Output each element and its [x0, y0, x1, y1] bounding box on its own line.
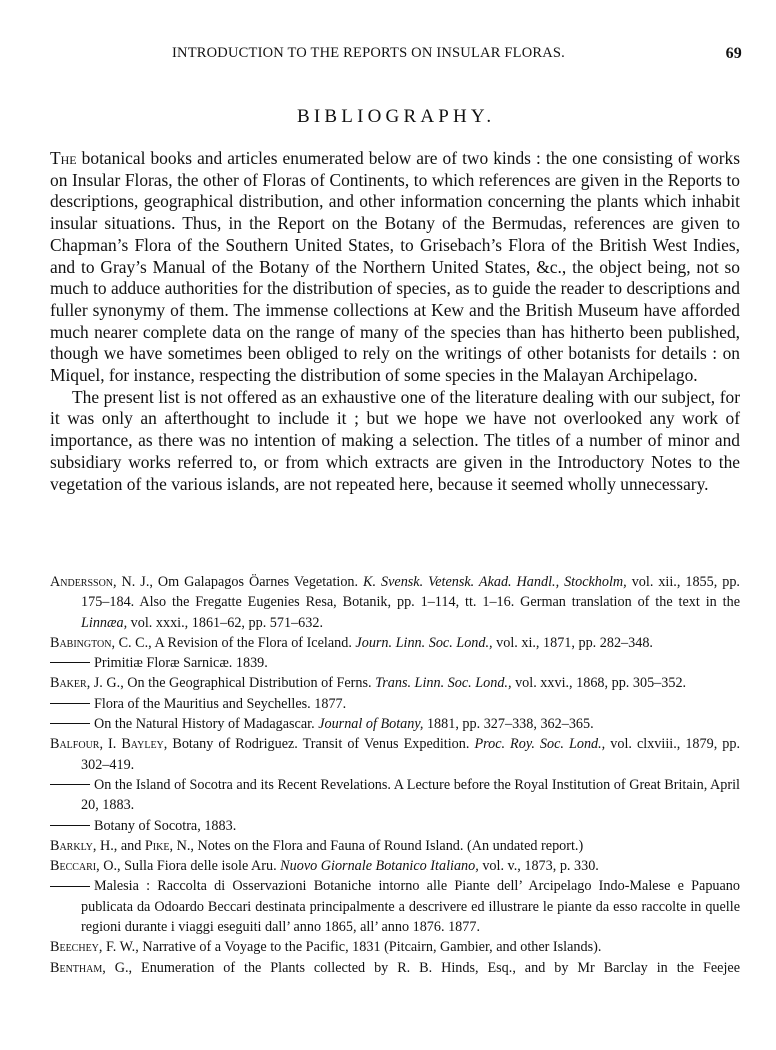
- entry-author: Babington: [50, 635, 112, 651]
- running-head: INTRODUCTION TO THE REPORTS ON INSULAR F…: [172, 45, 742, 67]
- entry-author: Pike: [145, 838, 170, 854]
- running-head-title: INTRODUCTION TO THE REPORTS ON INSULAR F…: [172, 45, 565, 62]
- entry-author: Beechey: [50, 939, 99, 955]
- bibliography-entry: Barkly, H., and Pike, N., Notes on the F…: [50, 836, 740, 856]
- entry-text: Botany of Socotra, 1883.: [94, 818, 236, 834]
- entry-author: Baker: [50, 675, 87, 691]
- ditto-dash: [50, 723, 90, 724]
- entry-text: On the Natural History of Madagascar.: [94, 716, 318, 732]
- entry-journal: Journ. Linn. Soc. Lond.,: [355, 635, 492, 651]
- entry-text: , N. J., Om Galapagos Öarnes Vegetation.: [113, 574, 363, 590]
- ditto-dash: [50, 703, 90, 704]
- bibliography-entry: Malesia : Raccolta di Osservazioni Botan…: [50, 876, 740, 937]
- entry-journal: Linnæa,: [81, 615, 127, 631]
- bibliography-entry: Andersson, N. J., Om Galapagos Öarnes Ve…: [50, 572, 740, 633]
- entry-text: , O., Sulla Fiora delle isole Aru.: [96, 858, 280, 874]
- entry-author: Beccari: [50, 858, 96, 874]
- entry-text: , Botany of Rodriguez. Transit of Venus …: [164, 736, 475, 752]
- entry-journal: Nuovo Giornale Botanico Italiano,: [280, 858, 479, 874]
- bibliography-list: Andersson, N. J., Om Galapagos Öarnes Ve…: [50, 572, 740, 978]
- ditto-dash: [50, 784, 90, 785]
- paragraph-1: The botanical books and articles enumera…: [50, 148, 740, 387]
- paragraph-lead: The: [50, 148, 77, 168]
- entry-text: vol. xxvi., 1868, pp. 305–352.: [512, 675, 687, 691]
- bibliography-entry: Babington, C. C., A Revision of the Flor…: [50, 633, 740, 653]
- section-title: BIBLIOGRAPHY.: [297, 106, 495, 128]
- ditto-dash: [50, 662, 90, 663]
- entry-text: vol. xxxi., 1861–62, pp. 571–632.: [127, 615, 323, 631]
- bibliography-entry: Primitiæ Floræ Sarnicæ. 1839.: [50, 653, 740, 673]
- entry-text: Primitiæ Floræ Sarnicæ. 1839.: [94, 655, 268, 671]
- entry-text: Flora of the Mauritius and Seychelles. 1…: [94, 696, 346, 712]
- bibliography-entry: Bentham, G., Enumeration of the Plants c…: [50, 958, 740, 978]
- entry-text: , J. G., On the Geographical Distributio…: [87, 675, 375, 691]
- entry-text: , C. C., A Revision of the Flora of Icel…: [112, 635, 356, 651]
- introduction-text: The botanical books and articles enumera…: [50, 148, 740, 495]
- entry-author: Bayley: [121, 736, 163, 752]
- entry-text: , N., Notes on the Flora and Fauna of Ro…: [169, 838, 583, 854]
- bibliography-entry: Beccari, O., Sulla Fiora delle isole Aru…: [50, 856, 740, 876]
- entry-author: Balfour: [50, 736, 99, 752]
- entry-journal: K. Svensk. Vetensk. Akad. Handl., Stockh…: [363, 574, 627, 590]
- ditto-dash: [50, 886, 90, 887]
- entry-text: Malesia : Raccolta di Osservazioni Botan…: [81, 878, 740, 935]
- entry-text: On the Island of Socotra and its Recent …: [81, 777, 740, 813]
- entry-text: , I.: [99, 736, 121, 752]
- bibliography-entry: Baker, J. G., On the Geographical Distri…: [50, 673, 740, 693]
- entry-author: Bentham: [50, 960, 102, 976]
- entry-text: vol. xi., 1871, pp. 282–348.: [493, 635, 653, 651]
- entry-text: , H., and: [93, 838, 145, 854]
- bibliography-entry: On the Island of Socotra and its Recent …: [50, 775, 740, 816]
- bibliography-entry: Beechey, F. W., Narrative of a Voyage to…: [50, 937, 740, 957]
- entry-journal: Trans. Linn. Soc. Lond.,: [375, 675, 511, 691]
- entry-text: vol. v., 1873, p. 330.: [479, 858, 599, 874]
- entry-text: , F. W., Narrative of a Voyage to the Pa…: [99, 939, 601, 955]
- bibliography-entry: On the Natural History of Madagascar. Jo…: [50, 714, 740, 734]
- entry-author: Barkly: [50, 838, 93, 854]
- entry-text: 1881, pp. 327–338, 362–365.: [423, 716, 593, 732]
- page-number: 69: [726, 45, 742, 63]
- paragraph-text: botanical books and articles enumerated …: [50, 148, 740, 385]
- bibliography-entry: Balfour, I. Bayley, Botany of Rodriguez.…: [50, 734, 740, 775]
- bibliography-entry: Flora of the Mauritius and Seychelles. 1…: [50, 694, 740, 714]
- entry-text: , G., Enumeration of the Plants collecte…: [102, 960, 740, 976]
- entry-journal: Proc. Roy. Soc. Lond.,: [474, 736, 605, 752]
- bibliography-entry: Botany of Socotra, 1883.: [50, 816, 740, 836]
- ditto-dash: [50, 825, 90, 826]
- entry-author: Andersson: [50, 574, 113, 590]
- paragraph-2: The present list is not offered as an ex…: [50, 387, 740, 496]
- entry-journal: Journal of Botany,: [318, 716, 423, 732]
- document-page: INTRODUCTION TO THE REPORTS ON INSULAR F…: [0, 0, 776, 1050]
